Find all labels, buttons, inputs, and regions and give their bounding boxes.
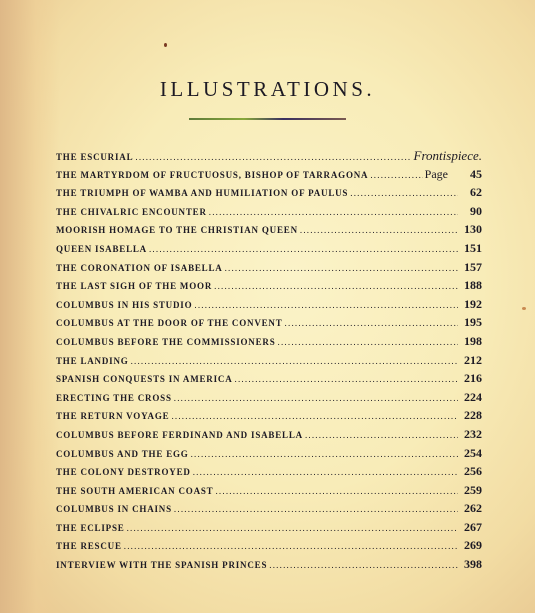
illustration-title: INTERVIEW WITH THE SPANISH PRINCES (56, 560, 267, 570)
list-item: THE ESCURIALFrontispiece. (56, 148, 482, 167)
page-number: Frontispiece. (414, 148, 482, 164)
page-number: 267 (460, 520, 482, 535)
list-item: THE LAST SIGH OF THE MOOR188 (56, 278, 482, 297)
page-number: 216 (460, 371, 482, 386)
leader-dots (225, 263, 458, 273)
page-number: 398 (460, 557, 482, 572)
leader-dots (174, 393, 458, 403)
page-number: 228 (460, 408, 482, 423)
leader-dots (305, 430, 458, 440)
page-number: 192 (460, 297, 482, 312)
illustration-title: COLUMBUS IN HIS STUDIO (56, 300, 192, 310)
paper-speck (522, 307, 526, 310)
illustration-title: SPANISH CONQUESTS IN AMERICA (56, 374, 233, 384)
page-title: ILLUSTRATIONS. (0, 77, 535, 102)
list-item: THE RETURN VOYAGE228 (56, 408, 482, 427)
illustration-title: THE CORONATION OF ISABELLA (56, 263, 223, 273)
page-number: 259 (460, 483, 482, 498)
list-item: SPANISH CONQUESTS IN AMERICA216 (56, 371, 482, 390)
illustration-title: QUEEN ISABELLA (56, 244, 147, 254)
leader-dots (149, 244, 458, 254)
leader-dots (350, 188, 458, 198)
page-number: 195 (460, 315, 482, 330)
list-item: THE TRIUMPH OF WAMBA AND HUMILIATION OF … (56, 185, 482, 204)
list-item: COLUMBUS AND THE EGG254 (56, 446, 482, 465)
illustration-title: THE SOUTH AMERICAN COAST (56, 486, 213, 496)
page-prefix: Page (425, 167, 448, 182)
leader-dots (193, 467, 458, 477)
page-number: 188 (460, 278, 482, 293)
page-number: 212 (460, 353, 482, 368)
illustration-title: COLUMBUS AND THE EGG (56, 449, 189, 459)
page-number: 256 (460, 464, 482, 479)
illustration-title: THE ECLIPSE (56, 523, 125, 533)
list-item: COLUMBUS BEFORE THE COMMISSIONERS198 (56, 334, 482, 353)
leader-dots (209, 207, 458, 217)
illustration-title: THE LANDING (56, 356, 129, 366)
list-item: MOORISH HOMAGE TO THE CHRISTIAN QUEEN130 (56, 222, 482, 241)
illustration-title: COLUMBUS BEFORE THE COMMISSIONERS (56, 337, 276, 347)
illustration-title: ERECTING THE CROSS (56, 393, 172, 403)
leader-dots (214, 281, 458, 291)
leader-dots (278, 337, 458, 347)
leader-dots (215, 486, 458, 496)
page-number: 269 (460, 538, 482, 553)
illustration-title: THE RETURN VOYAGE (56, 411, 169, 421)
leader-dots (171, 411, 458, 421)
page-number: 232 (460, 427, 482, 442)
leader-dots (285, 318, 458, 328)
leader-dots (135, 152, 411, 162)
list-item: COLUMBUS BEFORE FERDINAND AND ISABELLA23… (56, 427, 482, 446)
leader-dots (235, 374, 458, 384)
leader-dots (191, 449, 458, 459)
list-item: THE LANDING212 (56, 353, 482, 372)
illustration-title: THE MARTYRDOM OF FRUCTUOSUS, BISHOP OF T… (56, 170, 368, 180)
list-item: QUEEN ISABELLA151 (56, 241, 482, 260)
page-number: 157 (460, 260, 482, 275)
list-item: THE MARTYRDOM OF FRUCTUOSUS, BISHOP OF T… (56, 167, 482, 186)
leader-dots (194, 300, 458, 310)
list-item: THE RESCUE269 (56, 538, 482, 557)
leader-dots (370, 170, 422, 180)
list-item: COLUMBUS IN HIS STUDIO192 (56, 297, 482, 316)
leader-dots (174, 504, 458, 514)
illustration-title: COLUMBUS AT THE DOOR OF THE CONVENT (56, 318, 283, 328)
illustration-title: THE RESCUE (56, 541, 122, 551)
list-item: ERECTING THE CROSS224 (56, 390, 482, 409)
list-item: COLUMBUS IN CHAINS262 (56, 501, 482, 520)
page-number: 262 (460, 501, 482, 516)
illustrations-list: THE ESCURIALFrontispiece. THE MARTYRDOM … (56, 148, 482, 576)
page-number: 151 (460, 241, 482, 256)
page-number: 224 (460, 390, 482, 405)
leader-dots (124, 541, 458, 551)
list-item: THE CORONATION OF ISABELLA157 (56, 260, 482, 279)
list-item: THE SOUTH AMERICAN COAST259 (56, 483, 482, 502)
leader-dots (300, 225, 458, 235)
leader-dots (269, 560, 458, 570)
title-rule-divider (189, 118, 346, 120)
page-number: 45 (460, 167, 482, 182)
page-number: 254 (460, 446, 482, 461)
leader-dots (131, 356, 458, 366)
leader-dots (127, 523, 458, 533)
illustration-title: COLUMBUS BEFORE FERDINAND AND ISABELLA (56, 430, 303, 440)
list-item: THE ECLIPSE267 (56, 520, 482, 539)
page-number: 62 (460, 185, 482, 200)
illustration-title: THE LAST SIGH OF THE MOOR (56, 281, 212, 291)
illustration-title: THE TRIUMPH OF WAMBA AND HUMILIATION OF … (56, 188, 348, 198)
page-number: 130 (460, 222, 482, 237)
page-number: 198 (460, 334, 482, 349)
illustration-title: MOORISH HOMAGE TO THE CHRISTIAN QUEEN (56, 225, 298, 235)
illustration-title: COLUMBUS IN CHAINS (56, 504, 172, 514)
illustration-title: THE CHIVALRIC ENCOUNTER (56, 207, 207, 217)
page-number: 90 (460, 204, 482, 219)
list-item: INTERVIEW WITH THE SPANISH PRINCES398 (56, 557, 482, 576)
list-item: THE CHIVALRIC ENCOUNTER90 (56, 204, 482, 223)
list-item: COLUMBUS AT THE DOOR OF THE CONVENT195 (56, 315, 482, 334)
illustration-title: THE ESCURIAL (56, 152, 133, 162)
list-item: THE COLONY DESTROYED256 (56, 464, 482, 483)
illustration-title: THE COLONY DESTROYED (56, 467, 191, 477)
paper-speck (164, 43, 167, 47)
